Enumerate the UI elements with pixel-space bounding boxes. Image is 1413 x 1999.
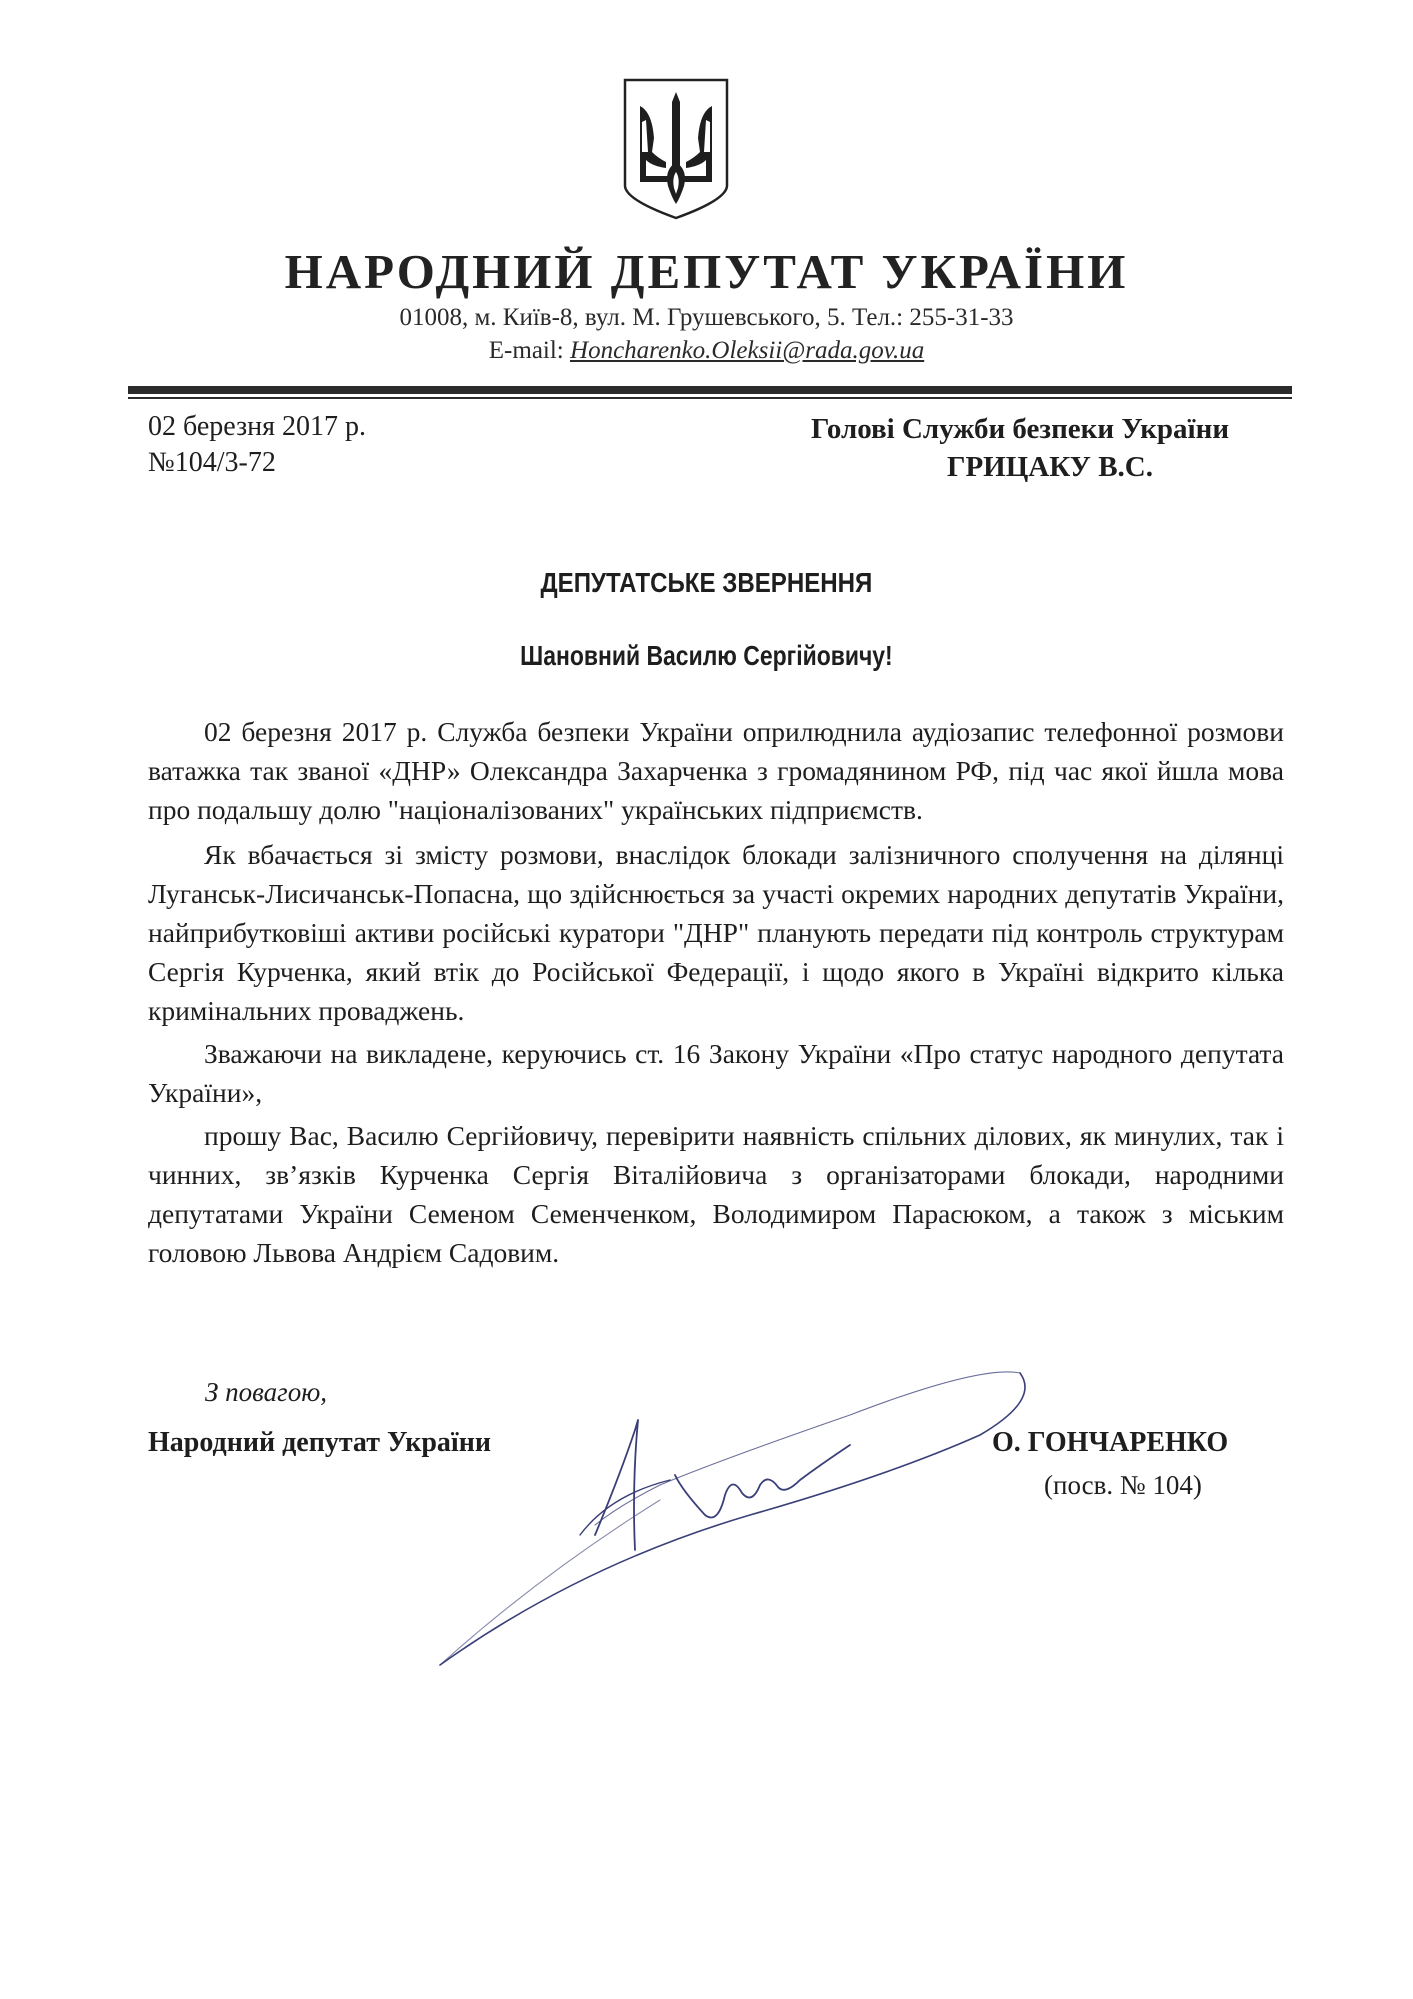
- body-paragraph: Як вбачається зі змісту розмови, внаслід…: [148, 835, 1284, 1030]
- handwritten-signature-icon: [420, 1365, 1120, 1685]
- letterhead-title: НАРОДНИЙ ДЕПУТАТ УКРАЇНИ: [0, 244, 1413, 300]
- letter-number: №104/3-72: [148, 445, 276, 481]
- body-paragraph: прошу Вас, Василю Сергійовичу, перевірит…: [148, 1116, 1284, 1272]
- document-title: ДЕПУТАТСЬКЕ ЗВЕРНЕННЯ: [99, 565, 1314, 601]
- letter-date: 02 березня 2017 р.: [148, 409, 366, 445]
- closing-phrase: З повагою,: [205, 1375, 327, 1409]
- body-paragraph: 02 березня 2017 р. Служба безпеки Україн…: [148, 712, 1284, 829]
- ukraine-trident-crest-icon: [622, 78, 730, 220]
- salutation: Шановний Василю Сергійовичу!: [127, 638, 1286, 674]
- addressee-block: Голові Служби безпеки України ГРИЦАКУ В.…: [760, 410, 1280, 486]
- letter-body: 02 березня 2017 р. Служба безпеки Україн…: [148, 712, 1284, 1272]
- letterhead-divider-thick: [128, 386, 1292, 394]
- email-label: E-mail:: [489, 337, 570, 364]
- letterhead-email-line: E-mail: Honcharenko.Oleksii@rada.gov.ua: [0, 335, 1413, 367]
- letterhead-address: 01008, м. Київ-8, вул. М. Грушевського, …: [0, 302, 1413, 334]
- addressee-position: Голові Служби безпеки України: [760, 410, 1280, 448]
- body-paragraph: Зважаючи на викладене, керуючись ст. 16 …: [148, 1034, 1284, 1112]
- letterhead-divider-thin: [128, 397, 1292, 399]
- addressee-name: ГРИЦАКУ В.С.: [760, 448, 1280, 486]
- email-link[interactable]: Honcharenko.Oleksii@rada.gov.ua: [570, 337, 924, 364]
